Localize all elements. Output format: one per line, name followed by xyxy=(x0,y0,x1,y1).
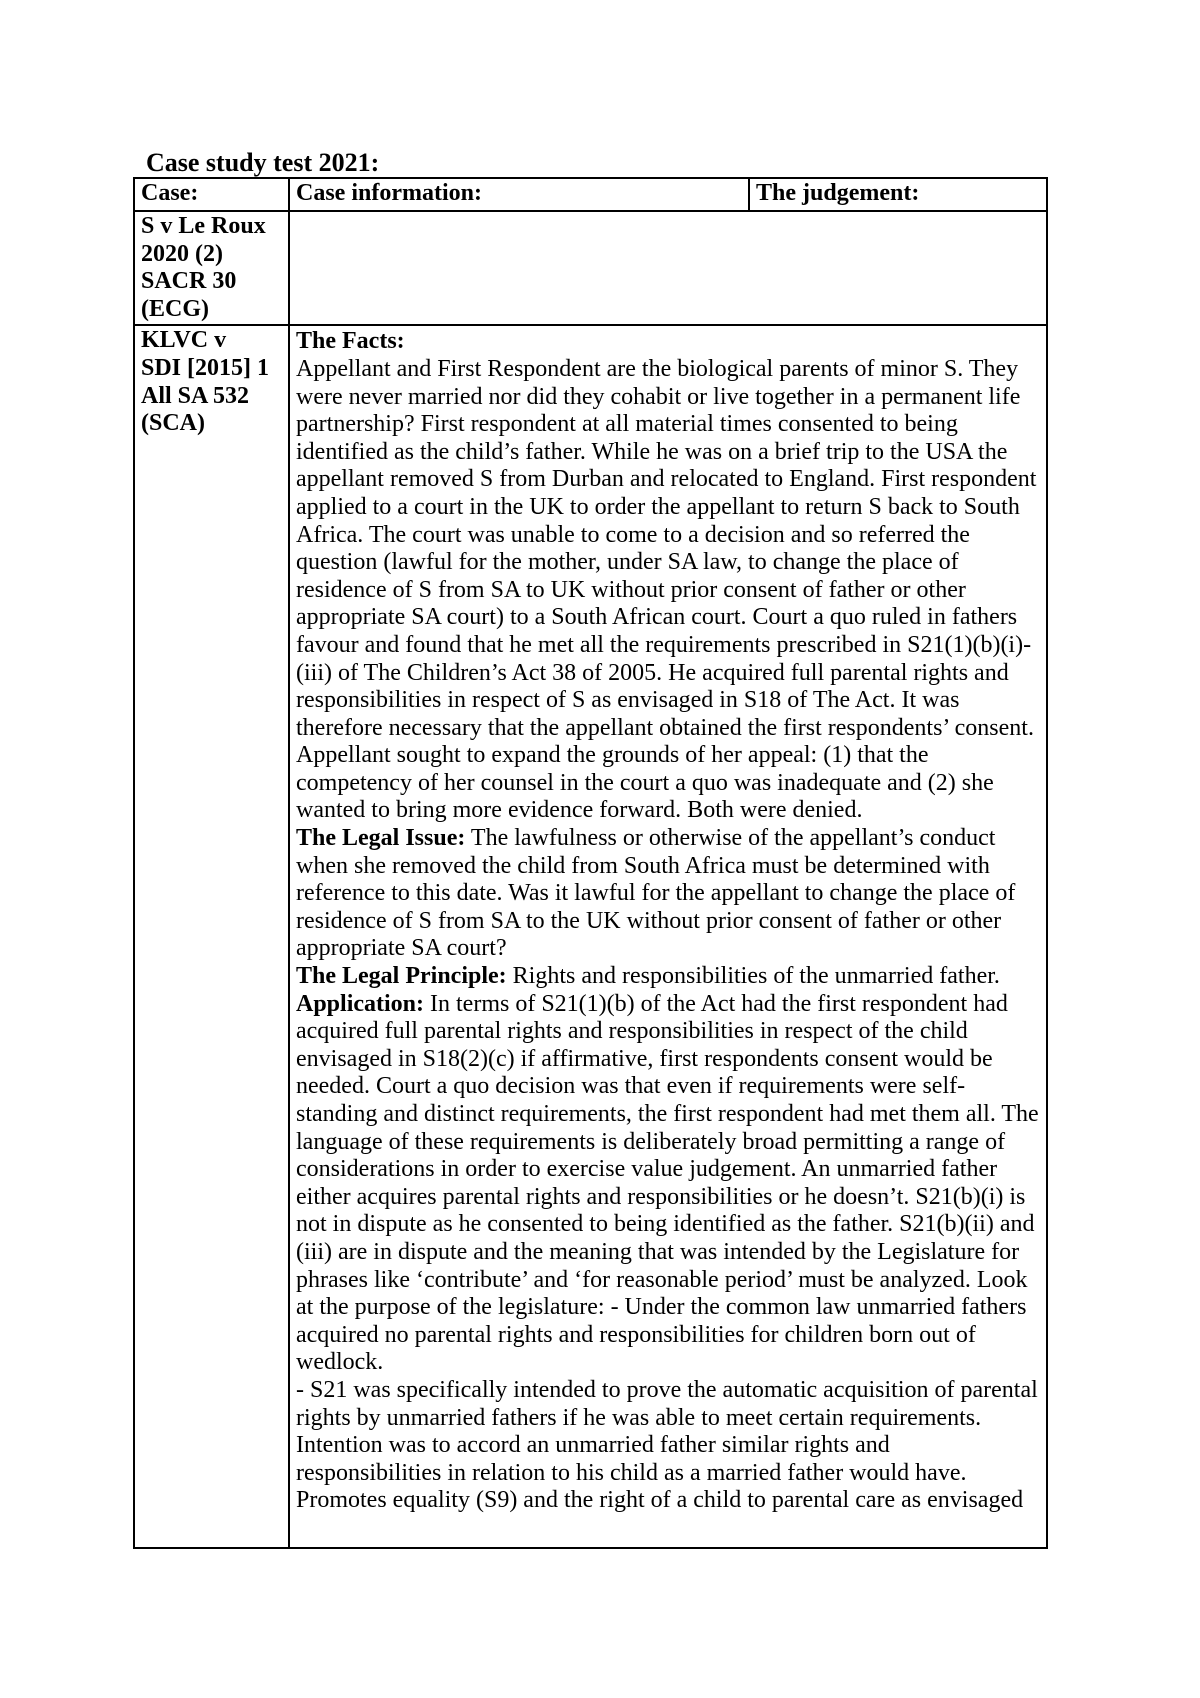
inline-heading: The Legal Principle: xyxy=(296,963,507,989)
paragraph: The Facts: xyxy=(296,328,1040,356)
case-info-content: The Facts:Appellant and First Respondent… xyxy=(296,328,1040,1544)
case-info-cell-empty xyxy=(289,211,1047,325)
inline-heading: Application: xyxy=(296,991,424,1017)
paragraph: Appellant and First Respondent are the b… xyxy=(296,356,1040,825)
table-header-row: Case: Case information: The judgement: xyxy=(134,178,1047,211)
document-title: Case study test 2021: xyxy=(146,149,1200,177)
paragraph: Application: In terms of S21(1)(b) of th… xyxy=(296,991,1040,1377)
paragraph: The Legal Issue: The lawfulness or other… xyxy=(296,825,1040,963)
table-row-klvc-v-sdi: KLVC v SDI [2015] 1 All SA 532 (SCA) The… xyxy=(134,325,1047,1548)
document-page: Case study test 2021: Case: Case informa… xyxy=(0,0,1200,1698)
paragraph: The Legal Principle: Rights and responsi… xyxy=(296,963,1040,991)
table-row-s-v-le-roux: S v Le Roux 2020 (2) SACR 30 (ECG) xyxy=(134,211,1047,325)
inline-heading: The Facts: xyxy=(296,328,405,354)
case-study-table: Case: Case information: The judgement: S… xyxy=(133,177,1048,1549)
case-name-cell: S v Le Roux 2020 (2) SACR 30 (ECG) xyxy=(134,211,289,325)
inline-heading: The Legal Issue: xyxy=(296,825,465,851)
column-header-case-information: Case information: xyxy=(289,178,749,211)
paragraph: - S21 was specifically intended to prove… xyxy=(296,1377,1040,1515)
case-info-cell: The Facts:Appellant and First Respondent… xyxy=(289,325,1047,1548)
column-header-judgement: The judgement: xyxy=(749,178,1047,211)
case-name-cell: KLVC v SDI [2015] 1 All SA 532 (SCA) xyxy=(134,325,289,1548)
column-header-case: Case: xyxy=(134,178,289,211)
